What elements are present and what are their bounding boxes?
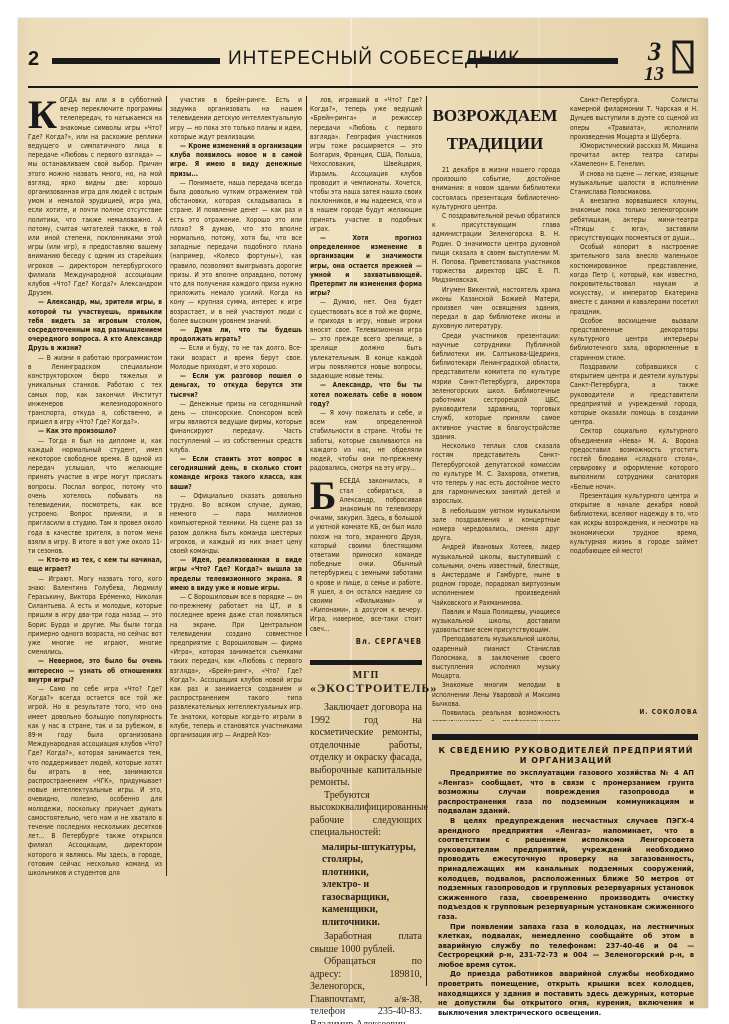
interview-answer: участия в брейн-ринге. Есть и задумка ор… <box>170 96 302 142</box>
headline-line-1: ВОЗРОЖДАЕМ <box>430 102 560 130</box>
interview-answer: КОГДА вы или я в субботний вечер переклю… <box>28 96 162 298</box>
page-number: 2 <box>28 48 39 71</box>
article-paragraph: Появилась реальная возможность сотруднич… <box>432 709 560 721</box>
interview-question: — Александр, что бы ты хотел пожелать се… <box>310 381 422 409</box>
tradition-signature: И. СОКОЛОВА <box>570 708 698 717</box>
page-header: 2 ИНТЕРЕСНЫЙ СОБЕСЕДНИК З 13 <box>28 44 698 80</box>
article-paragraph: Особое восхищение вызвали представленные… <box>570 317 698 363</box>
tradition-column-2: Санкт-Петербурга. Солисты камерной филар… <box>570 96 698 706</box>
interview-question: — Как это произошло? <box>28 427 162 436</box>
interview-question: — Если уж разговор пошел о деньгах, то о… <box>170 372 302 400</box>
interview-answer: — В жизни я работаю программистом в Лени… <box>28 354 162 428</box>
ad-org: МГП <box>310 670 422 681</box>
column-divider <box>166 96 167 876</box>
interview-column-1: КОГДА вы или я в субботний вечер переклю… <box>28 96 162 886</box>
article-paragraph: И снова на сцене — легкие, изящные музык… <box>570 170 698 198</box>
interview-answer: — Официально сказать довольно трудно. Во… <box>170 492 302 556</box>
interview-answer: — Тогда я был на дипломе и, как каждый н… <box>28 437 162 557</box>
article-paragraph: Сектор социально культурного объединения… <box>570 427 698 491</box>
specialty-item: столяры, <box>322 854 422 867</box>
interview-answer: — Я хочу пожелать и себе, и всем нам опр… <box>310 409 422 473</box>
interview-answer: — Играют. Могу назвать того, кого знаю: … <box>28 575 162 658</box>
article-paragraph: Санкт-Петербурга. Солисты камерной филар… <box>570 96 698 142</box>
newspaper-page: 2 ИНТЕРЕСНЫЙ СОБЕСЕДНИК З 13 КОГДА вы ил… <box>18 18 708 1008</box>
specialty-item: каменщики, <box>322 904 422 917</box>
article-paragraph: Павлик и Маша Полищевы, учащиеся музыкал… <box>432 608 560 636</box>
article-paragraph: Несколько теплых слов сказала гостям пре… <box>432 442 560 506</box>
interview-question: — Дума ли, что ты будешь продолжать игра… <box>170 326 302 344</box>
article-paragraph: А внезапно ворвавшиеся клоуны, знакомые … <box>570 197 698 243</box>
column-divider <box>306 96 307 636</box>
ecostroitel-ad: МГП «ЭКОСТРОИТЕЛЬ» Заключает договора на… <box>310 670 422 1024</box>
interview-column-3: лов, игравший в «Что? Где? Когда?», тепе… <box>310 96 422 656</box>
svg-text:13: 13 <box>644 63 664 84</box>
article-paragraph: 21 декабря в жизни нашего города произош… <box>432 166 560 212</box>
ad-company-name: «ЭКОСТРОИТЕЛЬ» <box>310 681 422 696</box>
tradition-column-1: 21 декабря в жизни нашего города произош… <box>432 166 560 721</box>
article-paragraph: В небольшом уютном музыкальном зале позд… <box>432 507 560 544</box>
notice-paragraph: До приезда работников аварийной службы н… <box>438 970 694 1018</box>
interview-question: — Неверное, это было бы очень интересно … <box>28 657 162 685</box>
specialty-item: электро- и газосварщики, <box>322 879 422 904</box>
article-paragraph: С поздравительной речью обратился к прис… <box>432 212 560 286</box>
specialty-item: маляры-штукатуры, <box>322 842 422 855</box>
notice-title-line-2: И ОРГАНИЗАЦИЙ <box>438 756 694 766</box>
interview-question: — Кроме изменений в организации клуба по… <box>170 142 302 179</box>
interview-answer: — Понимаете, наша передача всегда была д… <box>170 179 302 326</box>
ad-top-bar <box>310 660 422 665</box>
specialty-item: плотники, <box>322 867 422 880</box>
article-paragraph: Презентация культурного центра и открыти… <box>570 492 698 556</box>
notice-body: Предприятие по эксплуатации газового хоз… <box>438 769 694 1018</box>
interview-answer: — Само по себе игра «Что? Где? Когда?» в… <box>28 685 162 878</box>
tradition-headline: ВОЗРОЖДАЕМ ТРАДИЦИИ <box>430 102 560 158</box>
ad-contact: Обращаться по адресу: 189810, Зеленогорс… <box>310 956 422 1024</box>
newspaper-logo-icon: З 13 <box>642 34 696 84</box>
svg-text:З: З <box>647 37 661 66</box>
ad-specialties-list: маляры-штукатуры,столяры,плотники,электр… <box>310 842 422 930</box>
article-paragraph: Знакомые многим мелодии в исполнении Лен… <box>432 681 560 709</box>
headline-line-2: ТРАДИЦИИ <box>430 130 560 158</box>
interview-question: — Александр, мы, зрители игры, в которой… <box>28 298 162 353</box>
gas-safety-notice: К СВЕДЕНИЮ РУКОВОДИТЕЛЕЙ ПРЕДПРИЯТИЙ И О… <box>438 746 694 1018</box>
closing-paragraph: БЕСЕДА закончилась, я стал собираться, а… <box>310 477 422 633</box>
header-rule-right <box>468 58 618 64</box>
dropcap-letter: К <box>28 98 57 132</box>
interview-answer: — Денежные призы на сегодняшний день — с… <box>170 400 302 455</box>
dropcap-letter: Б <box>310 479 336 513</box>
notice-title: К СВЕДЕНИЮ РУКОВОДИТЕЛЕЙ ПРЕДПРИЯТИЙ И О… <box>438 746 694 766</box>
notice-paragraph: При появлении запаха газа в колодцах, на… <box>438 923 694 971</box>
article-paragraph: Андрей Ивановых Хотеев, лидер музыкально… <box>432 543 560 607</box>
notice-title-line-1: К СВЕДЕНИЮ РУКОВОДИТЕЛЕЙ ПРЕДПРИЯТИЙ <box>438 746 694 756</box>
interview-question: — Идея, реализованная в виде игры «Что? … <box>170 556 302 593</box>
ad-intro: Заключает договора на 1992 год на космет… <box>310 702 422 790</box>
tradition-signature-wrap: И. СОКОЛОВА <box>570 708 698 722</box>
interview-question: — Хотя прогноз определенное изменение в … <box>310 234 422 298</box>
interview-answer: — Если и буду, то не так долго. Все-таки… <box>170 344 302 372</box>
article-paragraph: Среди участников презентации: научные со… <box>432 332 560 442</box>
article-paragraph: Поздравили собравшихся с открытием центр… <box>570 363 698 427</box>
header-divider <box>28 86 698 88</box>
interview-answer: — С Ворошиловым все в порядке — он по-пр… <box>170 593 302 740</box>
article-paragraph: Юмористический рассказ М. Мишина прочита… <box>570 142 698 170</box>
author-signature: Вл. СЕРГАЧЕВ <box>310 637 422 646</box>
interview-question: — Если ставить этот вопрос в сегодняшний… <box>170 455 302 492</box>
interview-column-2: участия в брейн-ринге. Есть и задумка ор… <box>170 96 302 886</box>
notice-top-bar <box>432 734 698 740</box>
ad-required: Требуются высококвалифицированные рабочи… <box>310 790 422 840</box>
notice-paragraph: В целях предупреждения несчастных случае… <box>438 817 694 923</box>
header-rule-left <box>52 58 220 64</box>
column-divider <box>426 96 427 986</box>
interview-answer: лов, игравший в «Что? Где? Когда?», тепе… <box>310 96 422 234</box>
specialty-item: плиточники. <box>322 917 422 930</box>
article-paragraph: Игумен Викентий, настоятель храма иконы … <box>432 286 560 332</box>
interview-question: — Кто-то из тех, с кем ты начинал, еще и… <box>28 556 162 574</box>
interview-answer: — Думаю, нет. Она будет существовать все… <box>310 298 422 381</box>
ad-salary: Заработная плата свыше 1000 рублей. <box>310 931 422 956</box>
notice-paragraph: Предприятие по эксплуатации газового хоз… <box>438 769 694 817</box>
article-paragraph: Преподаватель музыкальной школы, одаренн… <box>432 635 560 681</box>
article-paragraph: Особый колорит в настроение зрительного … <box>570 243 698 317</box>
